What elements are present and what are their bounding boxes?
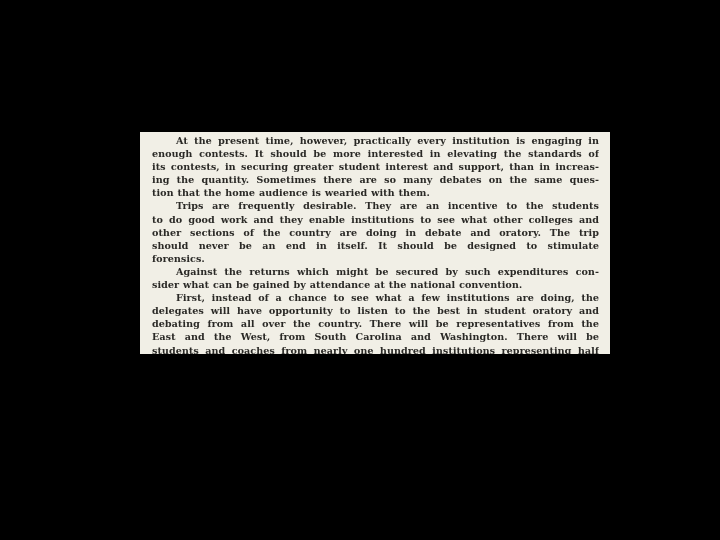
- text-line: Trips are frequently desirable. They are…: [152, 200, 599, 213]
- paragraph-first-instead: First, instead of a chance to see what a…: [152, 292, 599, 354]
- text-line: debating from all over the country. Ther…: [152, 318, 599, 331]
- text-line: enough contests. It should be more inter…: [152, 148, 599, 161]
- document-clipping: At the present time, however, practicall…: [140, 132, 610, 354]
- paragraph-trips: Trips are frequently desirable. They are…: [152, 200, 599, 265]
- slide-background: At the present time, however, practicall…: [0, 0, 720, 540]
- text-line: At the present time, however, practicall…: [152, 135, 599, 148]
- paragraph-against-returns: Against the returns which might be secur…: [152, 266, 599, 292]
- text-line: forensics.: [152, 253, 599, 266]
- paragraph-present-time: At the present time, however, practicall…: [152, 135, 599, 200]
- text-line: Against the returns which might be secur…: [152, 266, 599, 279]
- text-line: ing the quantity. Sometimes there are so…: [152, 174, 599, 187]
- text-line: its contests, in securing greater studen…: [152, 161, 599, 174]
- text-line: to do good work and they enable institut…: [152, 214, 599, 227]
- text-line: First, instead of a chance to see what a…: [152, 292, 599, 305]
- text-line: students and coaches from nearly one hun…: [152, 345, 599, 355]
- text-line: East and the West, from South Carolina a…: [152, 331, 599, 344]
- text-line: sider what can be gained by attendance a…: [152, 279, 599, 292]
- text-line: should never be an end in itself. It sho…: [152, 240, 599, 253]
- text-line: tion that the home audience is wearied w…: [152, 187, 599, 200]
- text-line: other sections of the country are doing …: [152, 227, 599, 240]
- text-line: delegates will have opportunity to liste…: [152, 305, 599, 318]
